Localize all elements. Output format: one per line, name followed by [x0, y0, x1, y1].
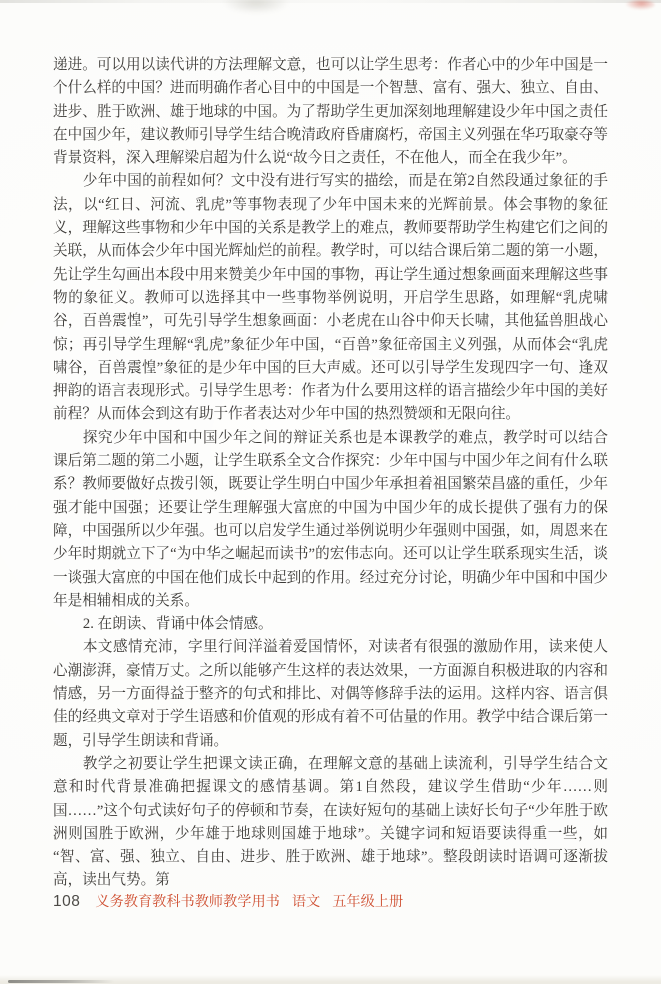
footer-book-series: 义务教育教科书教师教学用书	[95, 891, 279, 911]
red-stamp-mark	[625, 0, 655, 10]
smudge-mark	[222, 0, 290, 14]
body-text: 递进。可以用以读代讲的方法理解文意，也可以让学生思考：作者心中的少年中国是一个什…	[53, 54, 608, 893]
page-footer: 108 义务教育教科书教师教学用书 语文 五年级上册	[53, 891, 403, 911]
page-number: 108	[53, 893, 80, 911]
scanned-book-page: 递进。可以用以读代讲的方法理解文意，也可以让学生思考：作者心中的少年中国是一个什…	[0, 0, 661, 984]
numbered-section-heading: 2. 在朗读、背诵中体会情感。	[53, 613, 608, 636]
footer-grade: 五年级上册	[332, 891, 403, 911]
scan-edge-artifact	[0, 0, 661, 3]
paragraph-emotion: 本文感情充沛，字里行间洋溢着爱国情怀，对读者有很强的激励作用，读来使人心潮澎湃，…	[53, 636, 608, 752]
paragraph-reading-guidance: 教学之初要让学生把课文读正确，在理解文意的基础上读流利，引导学生结合文意和时代背…	[53, 753, 608, 893]
footer-subject: 语文	[292, 891, 320, 911]
paragraph-symbolism: 少年中国的前程如何？文中没有进行写实的描绘，而是在第2自然段通过象征的手法，以“…	[53, 170, 608, 426]
paragraph-continuation: 递进。可以用以读代讲的方法理解文意，也可以让学生思考：作者心中的少年中国是一个什…	[53, 54, 608, 170]
scan-line-artifact	[8, 980, 114, 983]
paragraph-dialectic-relation: 探究少年中国和中国少年之间的辩证关系也是本课教学的难点，教学时可以结合课后第二题…	[53, 427, 608, 613]
